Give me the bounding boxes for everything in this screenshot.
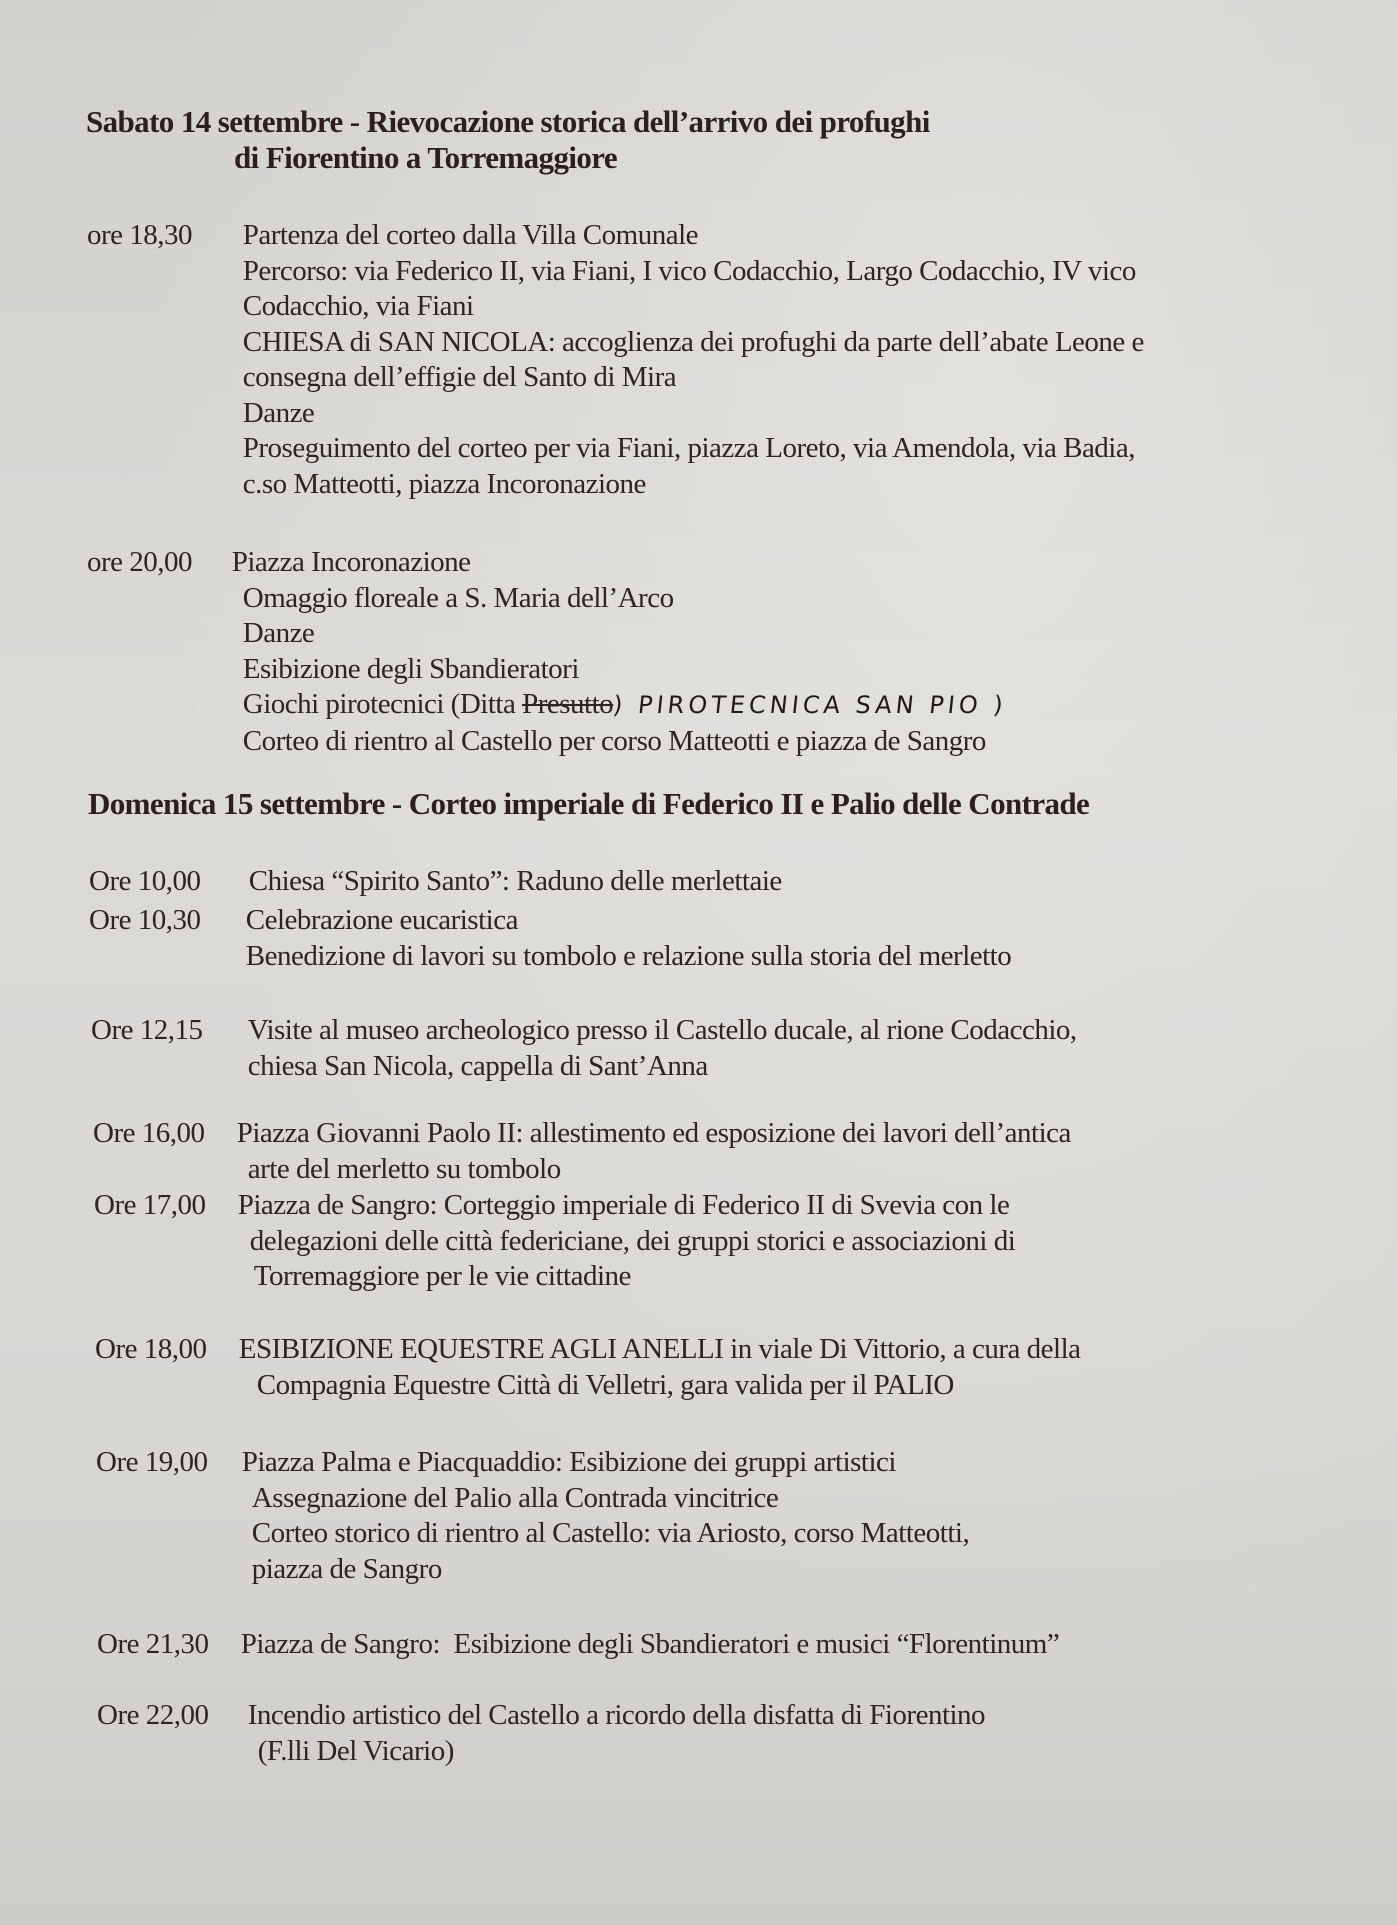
struck-out-company: Presutto [522, 688, 613, 720]
event-line: Torremaggiore per le vie cittadine [254, 1259, 1016, 1295]
event-description: Piazza Giovanni Paolo II: allestimento e… [237, 1116, 1071, 1187]
event-time: Ore 17,00 [94, 1188, 231, 1224]
handwritten-correction: ) PIROTECNICA SAN PIO ) [611, 688, 1008, 724]
event-time: Ore 10,30 [89, 903, 239, 939]
event-line: Percorso: via Federico II, via Fiani, I … [243, 254, 1144, 290]
event-time: ore 18,30 [87, 218, 236, 254]
event-time: ore 20,00 [87, 545, 225, 581]
event-line: Incendio artistico del Castello a ricord… [248, 1698, 985, 1734]
event-line: Celebrazione eucaristica [246, 903, 1012, 939]
event-line: Partenza del corteo dalla Villa Comunale [243, 218, 1144, 254]
event-line: Proseguimento del corteo per via Fiani, … [243, 431, 1144, 467]
event-sun-1800: Ore 18,00 ESIBIZIONE EQUESTRE AGLI ANELL… [95, 1332, 1081, 1403]
sunday-heading-line1: Domenica 15 settembre - Corteo imperiale… [88, 786, 1089, 821]
event-sun-1900: Ore 19,00 Piazza Palma e Piacquaddio: Es… [96, 1445, 969, 1587]
event-description: Celebrazione eucaristica Benedizione di … [246, 903, 1012, 974]
saturday-heading-line1: Sabato 14 settembre - Rievocazione stori… [86, 104, 930, 139]
event-line: Piazza Incoronazione [232, 545, 1007, 581]
event-time: Ore 21,30 [97, 1627, 234, 1663]
event-time: Ore 12,15 [91, 1013, 241, 1049]
event-description: Partenza del corteo dalla Villa Comunale… [243, 218, 1144, 502]
event-line: Piazza de Sangro: Corteggio imperiale di… [238, 1188, 1016, 1224]
event-sun-2200: Ore 22,00 Incendio artistico del Castell… [97, 1698, 985, 1769]
event-time: Ore 10,00 [89, 864, 242, 900]
event-description: Piazza de Sangro: Corteggio imperiale di… [238, 1188, 1016, 1295]
event-line: arte del merletto su tombolo [248, 1152, 1071, 1188]
event-description: Incendio artistico del Castello a ricord… [248, 1698, 985, 1769]
event-sat-2000: ore 20,00 Piazza Incoronazione Omaggio f… [87, 545, 1007, 759]
event-line: Benedizione di lavori su tombolo e relaz… [246, 939, 1012, 975]
event-line: Omaggio floreale a S. Maria dell’Arco [243, 581, 1007, 617]
event-line: Compagnia Equestre Città di Velletri, ga… [257, 1368, 1081, 1404]
event-sun-1700: Ore 17,00 Piazza de Sangro: Corteggio im… [94, 1188, 1015, 1295]
event-line: piazza de Sangro [252, 1552, 969, 1588]
event-sun-1215: Ore 12,15 Visite al museo archeologico p… [91, 1013, 1077, 1084]
event-line: Piazza Palma e Piacquaddio: Esibizione d… [242, 1445, 969, 1481]
event-line: (F.lli Del Vicario) [258, 1734, 985, 1770]
event-line: chiesa San Nicola, cappella di Sant’Anna [248, 1049, 1077, 1085]
event-line: ESIBIZIONE EQUESTRE AGLI ANELLI in viale… [239, 1332, 1081, 1368]
event-line: Visite al museo archeologico presso il C… [248, 1013, 1077, 1049]
event-description: Chiesa “Spirito Santo”: Raduno delle mer… [249, 864, 782, 900]
event-line: Danze [243, 616, 1007, 652]
event-sun-1600: Ore 16,00 Piazza Giovanni Paolo II: alle… [93, 1116, 1071, 1187]
event-time: Ore 19,00 [96, 1445, 235, 1481]
event-line: Piazza Giovanni Paolo II: allestimento e… [237, 1116, 1071, 1152]
event-time: Ore 18,00 [95, 1332, 232, 1368]
event-sat-1830: ore 18,30 Partenza del corteo dalla Vill… [87, 218, 1144, 502]
event-sun-1000: Ore 10,00 Chiesa “Spirito Santo”: Raduno… [89, 864, 782, 900]
event-line: Codacchio, via Fiani [243, 289, 1144, 325]
event-line: c.so Matteotti, piazza Incoronazione [243, 467, 1144, 503]
event-description: Visite al museo archeologico presso il C… [248, 1013, 1077, 1084]
event-line: CHIESA di SAN NICOLA: accoglienza dei pr… [243, 325, 1144, 361]
event-line: Chiesa “Spirito Santo”: Raduno delle mer… [249, 864, 782, 900]
document-page: ​ Sabato 14 settembre - Rievocazione sto… [0, 0, 1397, 1925]
sunday-heading: Domenica 15 settembre - Corteo imperiale… [88, 786, 1089, 822]
event-line: Esibizione degli Sbandieratori [243, 652, 1007, 688]
event-sun-1030: Ore 10,30 Celebrazione eucaristica Bened… [89, 903, 1011, 974]
event-line: Corteo storico di rientro al Castello: v… [252, 1516, 969, 1552]
saturday-heading-line2: di Fiorentino a Torremaggiore [86, 140, 930, 176]
event-description: Piazza Incoronazione Omaggio floreale a … [232, 545, 1007, 759]
event-description: ESIBIZIONE EQUESTRE AGLI ANELLI in viale… [239, 1332, 1081, 1403]
event-line: Piazza de Sangro: Esibizione degli Sband… [241, 1627, 1059, 1663]
event-description: Piazza de Sangro: Esibizione degli Sband… [241, 1627, 1059, 1663]
event-line: Assegnazione del Palio alla Contrada vin… [252, 1481, 969, 1517]
fireworks-line: Giochi pirotecnici (Ditta Presutto) PIRO… [243, 687, 1007, 724]
saturday-heading: Sabato 14 settembre - Rievocazione stori… [86, 104, 930, 176]
event-line: consegna dell’effigie del Santo di Mira [243, 360, 1144, 396]
event-time: Ore 22,00 [97, 1698, 241, 1734]
event-time: Ore 16,00 [93, 1116, 230, 1152]
fireworks-prefix: Giochi pirotecnici (Ditta [243, 688, 522, 720]
event-sun-2130: Ore 21,30 Piazza de Sangro: Esibizione d… [97, 1627, 1059, 1663]
event-line: delegazioni delle città federiciane, dei… [250, 1224, 1016, 1260]
event-line: Corteo di rientro al Castello per corso … [243, 724, 1007, 760]
event-description: Piazza Palma e Piacquaddio: Esibizione d… [242, 1445, 969, 1587]
event-line: Danze [243, 396, 1144, 432]
